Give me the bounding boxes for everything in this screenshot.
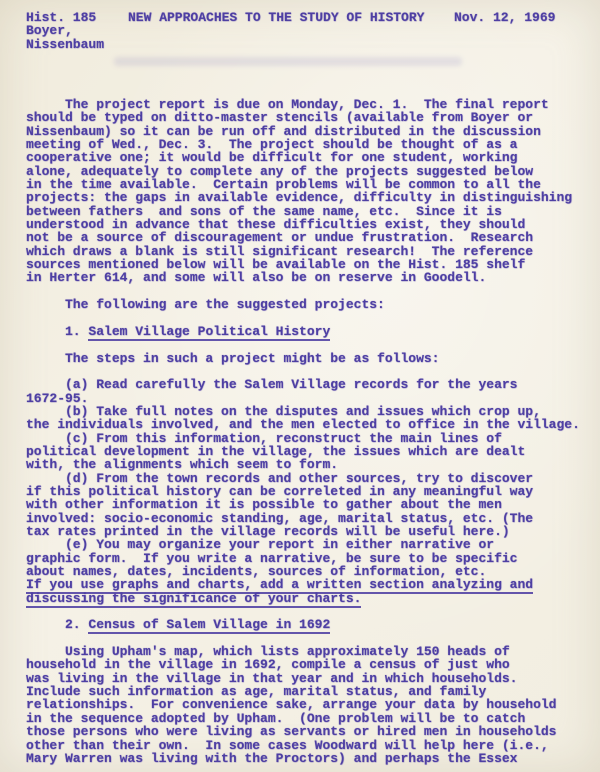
doc-line: graphic form. If you write a narrative, … — [26, 552, 586, 565]
doc-line: projects: the gaps in available evidence… — [26, 191, 586, 204]
doc-line: meeting of Wed., Dec. 3. The project sho… — [26, 138, 586, 151]
underlined-note-line-1: If you use graphs and charts, add a writ… — [26, 578, 586, 591]
doc-line — [26, 285, 586, 298]
step-c: (c) From this information, reconstruct t… — [26, 432, 586, 445]
ink-ghost-smudge — [114, 57, 462, 66]
doc-line: other than their own. In some cases Wood… — [26, 739, 586, 752]
course-number: Hist. 185 — [26, 11, 96, 24]
doc-line: Nissenbaum) so it can be run off and dis… — [26, 125, 586, 138]
doc-line: sources mentioned below will be availabl… — [26, 258, 586, 271]
doc-line: with other information it is possible to… — [26, 498, 586, 511]
document-header: Hist. 185 NEW APPROACHES TO THE STUDY OF… — [0, 11, 600, 25]
doc-line: with, the alignments which seem to form. — [26, 458, 586, 471]
doc-line: involved: socio-economic standing, age, … — [26, 512, 586, 525]
suggested-projects-intro: The following are the suggested projects… — [26, 298, 586, 311]
doc-line: if this political history can be correle… — [26, 485, 586, 498]
doc-line: was living in the village in that year a… — [26, 672, 586, 685]
step-e: (e) You may organize your report in eith… — [26, 538, 586, 551]
doc-line: in the sequence adopted by Upham. (One p… — [26, 712, 586, 725]
doc-line: those persons who were living as servant… — [26, 725, 586, 738]
document-body: The project report is due on Monday, Dec… — [26, 98, 586, 765]
project-1-heading: 1. Salem Village Political History — [26, 325, 586, 338]
project-2-heading: 2. Census of Salem Village in 1692 — [26, 618, 586, 631]
step-d: (d) From the town records and other sour… — [26, 472, 586, 485]
doc-line — [26, 365, 586, 378]
step-a: (a) Read carefully the Salem Village rec… — [26, 378, 586, 391]
instructor-name-boyer: Boyer, — [26, 24, 73, 37]
doc-line: political development in the village, th… — [26, 445, 586, 458]
doc-line: which draws a blank is still significant… — [26, 245, 586, 258]
doc-line: between fathers and sons of the same nam… — [26, 205, 586, 218]
doc-line: tax rates printed in the village records… — [26, 525, 586, 538]
doc-line: cooperative one; it would be difficult f… — [26, 151, 586, 164]
doc-line: Using Upham's map, which lists approxima… — [26, 645, 586, 658]
instructor-name-nissenbaum: Nissenbaum — [26, 38, 104, 51]
document-page: Hist. 185 NEW APPROACHES TO THE STUDY OF… — [0, 0, 600, 772]
doc-line: 1672-95. — [26, 392, 586, 405]
doc-line: Mary Warren was living with the Proctors… — [26, 752, 586, 765]
doc-line: the individuals involved, and the men el… — [26, 418, 586, 431]
doc-line: understood in advance that these difficu… — [26, 218, 586, 231]
doc-line: household in the village in 1692, compil… — [26, 658, 586, 671]
doc-line: in the time available. Certain problems … — [26, 178, 586, 191]
doc-line: should be typed on ditto-master stencils… — [26, 111, 586, 124]
doc-line: Include such information as age, marital… — [26, 685, 586, 698]
doc-line: about names, dates, incidents, sources o… — [26, 565, 586, 578]
doc-line: in Herter 614, and some will also be on … — [26, 271, 586, 284]
doc-line: relationships. For convenience sake, arr… — [26, 698, 586, 711]
doc-line — [26, 312, 586, 325]
step-b: (b) Take full notes on the disputes and … — [26, 405, 586, 418]
document-date: Nov. 12, 1969 — [454, 11, 555, 24]
doc-line: The steps in such a project might be as … — [26, 352, 586, 365]
doc-line: alone, adequately to complete any of the… — [26, 165, 586, 178]
document-title: NEW APPROACHES TO THE STUDY OF HISTORY — [128, 11, 424, 24]
doc-line: The project report is due on Monday, Dec… — [26, 98, 586, 111]
doc-line: not be a source of discouragement or und… — [26, 231, 586, 244]
